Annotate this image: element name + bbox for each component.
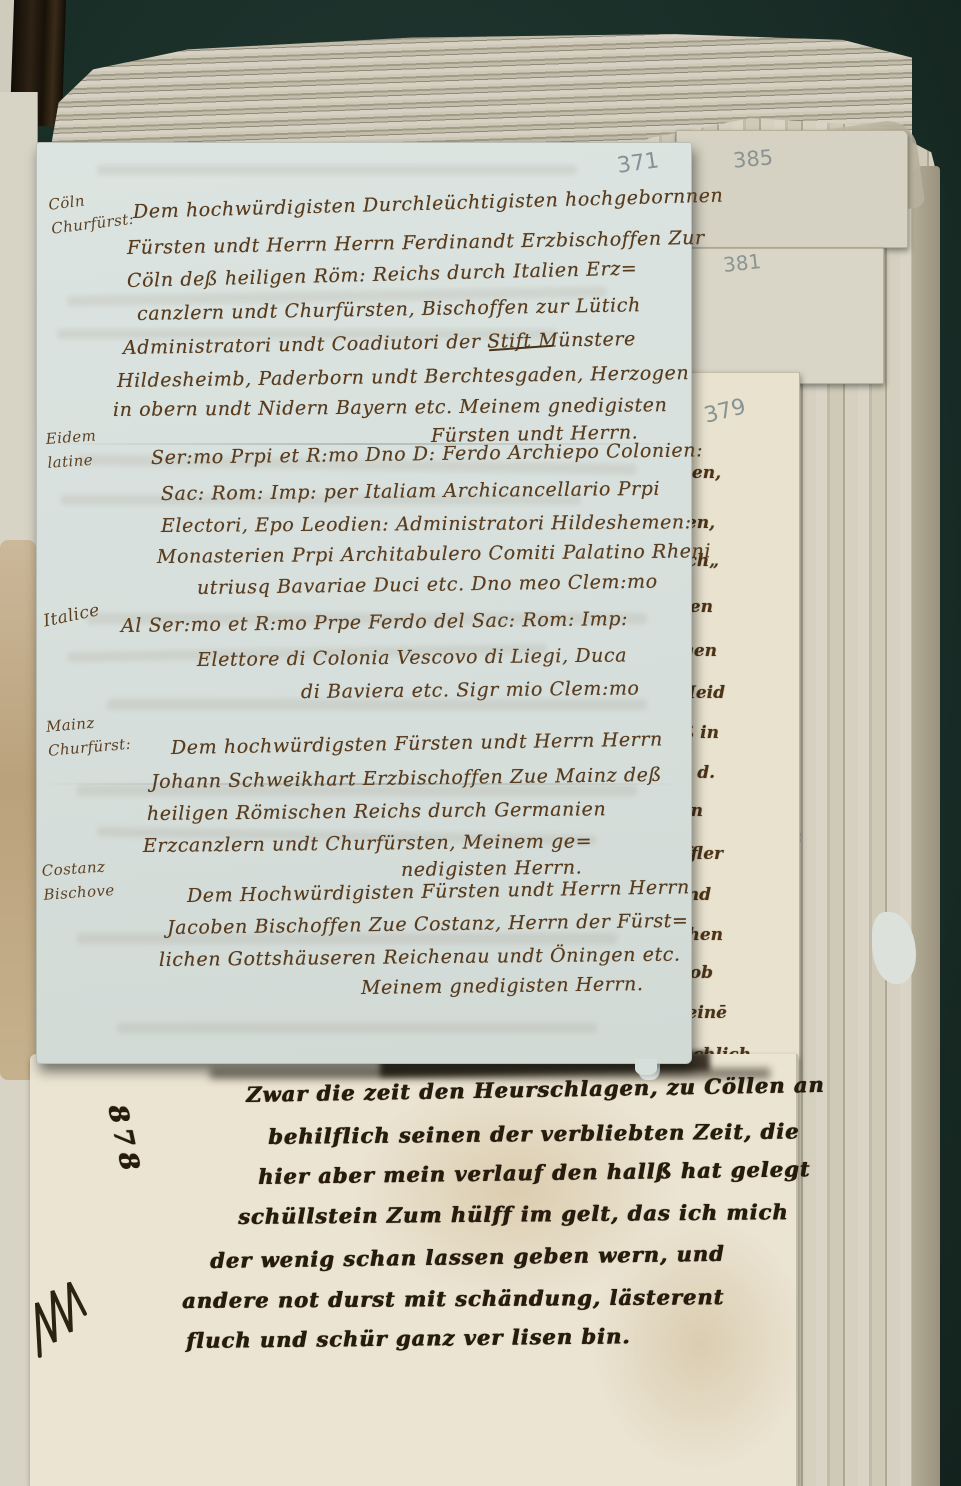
bleedthrough-line bbox=[97, 165, 577, 175]
page-number-371: 371 bbox=[615, 148, 660, 179]
margin-label-eidem-latine: Eidem latine bbox=[45, 423, 99, 474]
margin-label-coeln: Cöln Churfürst: bbox=[47, 183, 135, 241]
text-line: Meinem gnedigisten Herrn. bbox=[361, 975, 644, 998]
text-line: heiligen Römischen Reichs durch Germanie… bbox=[147, 800, 607, 824]
text-line: lichen Gottshäuseren Reichenau undt Önin… bbox=[159, 946, 681, 970]
text-line: in obern undt Nidern Bayern etc. Meinem … bbox=[113, 396, 668, 420]
bottom-edge-tab bbox=[635, 1059, 657, 1075]
text-line: nedigisten Herrn. bbox=[401, 858, 583, 880]
margin-label-costanz: Costanz Bischove bbox=[41, 854, 115, 907]
lower-line: hier aber mein verlauf den hallß hat gel… bbox=[258, 1156, 811, 1189]
right-outer-edge bbox=[912, 166, 940, 1486]
lower-line: schüllstein Zum hülff im gelt, das ich m… bbox=[238, 1199, 789, 1229]
page-number-379: 379 bbox=[702, 394, 749, 428]
lower-margin-number: 878 bbox=[101, 1102, 145, 1179]
text-line: Elettore di Colonia Vescovo di Liegi, Du… bbox=[197, 646, 627, 670]
lower-line: fluch und schür ganz ver lisen bin. bbox=[186, 1323, 631, 1353]
margin-label-italice: Italice bbox=[41, 597, 102, 635]
text-line: Erzcanzlern undt Churfürsten, Meinem ge= bbox=[143, 832, 592, 856]
page-number-381: 381 bbox=[722, 249, 762, 277]
edge-word: ob bbox=[690, 963, 713, 983]
lower-line: andere not durst mit schändung, lästeren… bbox=[182, 1284, 724, 1313]
left-edge-stain bbox=[0, 540, 36, 1080]
margin-label-mainz: Mainz Churfürst: bbox=[45, 708, 132, 763]
text-line: Fürsten undt Herrn Herrn Ferdinandt Erzb… bbox=[127, 229, 705, 258]
text-line: Dem Hochwürdigisten Fürsten undt Herrn H… bbox=[187, 878, 690, 906]
page-381: 381 bbox=[686, 248, 884, 384]
text-line: Sac: Rom: Imp: per Italiam Archicancella… bbox=[161, 480, 660, 504]
text-line: Electori, Epo Leodien: Administratori Hi… bbox=[161, 513, 692, 536]
text-line: di Baviera etc. Sigr mio Clem:mo bbox=[301, 679, 640, 702]
lower-line: behilflich seinen der verbliebten Zeit, … bbox=[268, 1118, 800, 1149]
archive-manuscript-photo: 78 385 381 379 agen, ben, mich„ ßlen age… bbox=[0, 0, 961, 1486]
text-line: Dem hochwürdigisten Durchleüchtigisten h… bbox=[133, 187, 724, 222]
text-line: Monasterien Prpi Architabulero Comiti Pa… bbox=[157, 542, 711, 567]
main-page-371: 371 Cöln Churfürst: Dem hochwürdigisten … bbox=[36, 142, 692, 1064]
text-line: Hildesheimb, Paderborn undt Berchtesgade… bbox=[117, 364, 690, 391]
text-line: Al Ser:mo et R:mo Prpe Ferdo del Sac: Ro… bbox=[121, 610, 628, 636]
text-line: utriusq Bavariae Duci etc. Dno meo Clem:… bbox=[197, 573, 658, 598]
text-line: Dem hochwürdigsten Fürsten undt Herrn He… bbox=[171, 730, 663, 758]
bleedthrough-line bbox=[117, 1023, 597, 1033]
lower-page: Zwar die zeit den Heurschlagen, zu Cölle… bbox=[30, 1054, 798, 1486]
page-number-385: 385 bbox=[732, 145, 774, 172]
